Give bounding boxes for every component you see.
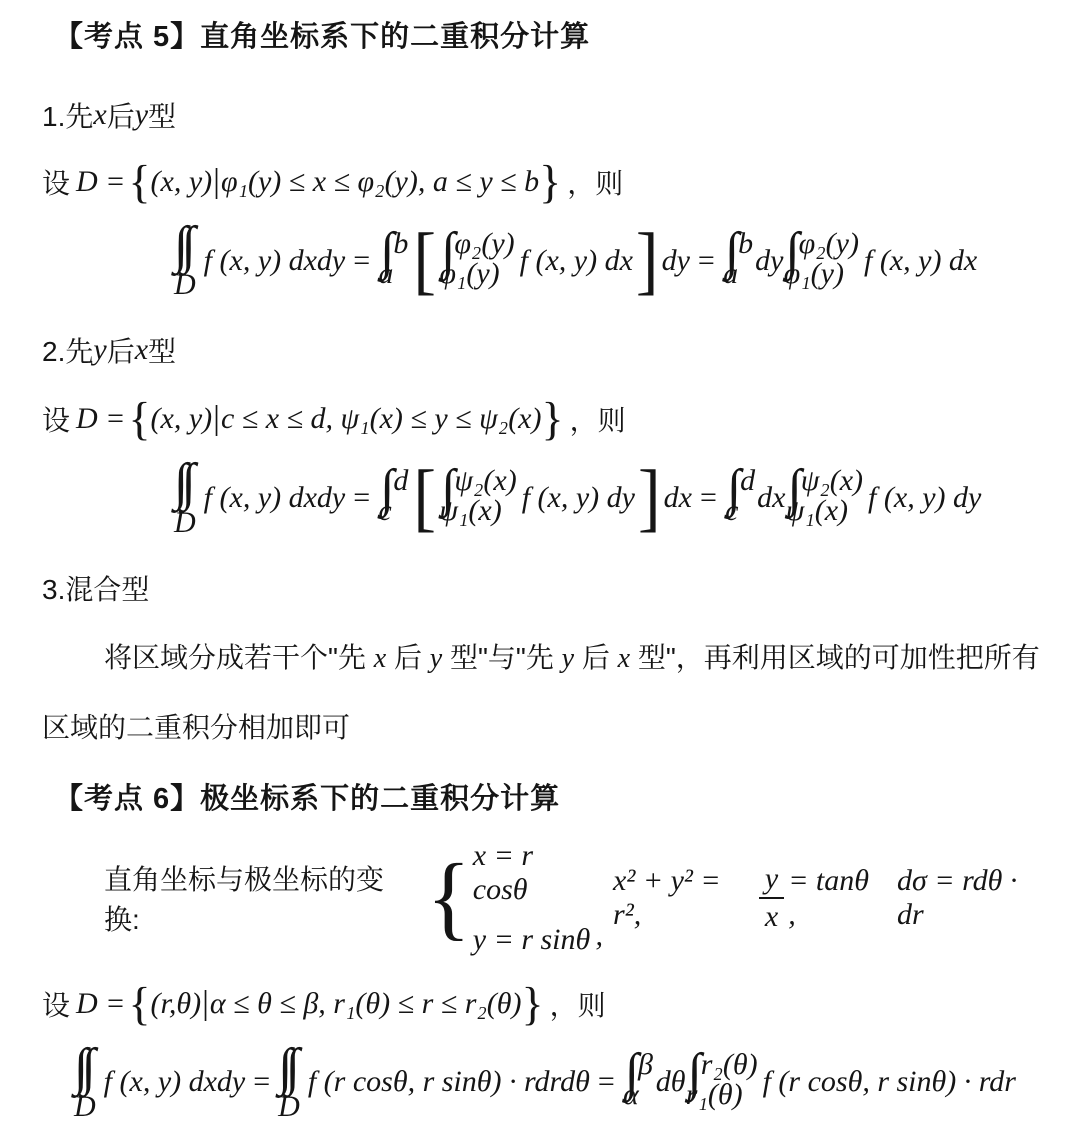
paragraph-var: x bbox=[618, 643, 630, 674]
integral-limits: ψ₂(x) ψ₁(x) bbox=[801, 464, 863, 532]
integrand: f (r cosθ, r sinθ) · rdrdθ bbox=[308, 1065, 590, 1099]
paragraph-text: 后 bbox=[574, 642, 618, 673]
double-integral-sign: ∫ ∫ D bbox=[74, 1043, 96, 1122]
double-integral-glyph: ∫ ∫ bbox=[82, 1043, 89, 1092]
left-bracket: [ bbox=[413, 466, 436, 531]
domain-subscript: D bbox=[174, 270, 196, 300]
cases-left-brace: { bbox=[427, 860, 471, 935]
integral-sign: ∫ ψ₂(x) ψ₁(x) bbox=[441, 464, 517, 532]
integrand: f (x, y) dxdy bbox=[104, 1065, 246, 1099]
differential: dy bbox=[662, 244, 690, 278]
case-equation-x: x = r cosθ bbox=[473, 839, 594, 907]
integrand: f (x, y) dxdy bbox=[204, 481, 346, 515]
type2-title-var-x: x bbox=[135, 333, 148, 367]
type2-title-text: 2.先 bbox=[42, 330, 93, 370]
lower-limit: ψ₁(x) bbox=[439, 496, 501, 526]
integral-limits: ψ₂(x) ψ₁(x) bbox=[454, 464, 516, 532]
upper-limit: d bbox=[393, 466, 408, 496]
region-definition-3: 设 D = { (r,θ) | α ≤ θ ≤ β, r₁(θ) ≤ r ≤ r… bbox=[42, 981, 1050, 1027]
paragraph-text: 型"，再利用区域的可加性把所有 bbox=[630, 642, 1040, 673]
type2-title-text: 型 bbox=[148, 330, 176, 370]
polar-double-integral-formula: ∫ ∫ D f (x, y) dxdy = ∫ ∫ D f (r cosθ, r… bbox=[74, 1043, 1050, 1122]
integrand: f (x, y) dy bbox=[522, 481, 635, 515]
paragraph-var: y bbox=[562, 643, 574, 674]
differential: dθ bbox=[656, 1065, 686, 1099]
exam-point-6-heading: 【考点 6】极坐标系下的二重积分计算 bbox=[54, 776, 1050, 817]
upper-limit: β bbox=[638, 1050, 654, 1080]
type1-title-text: 型 bbox=[148, 95, 176, 135]
lower-limit: c bbox=[725, 496, 740, 526]
cases-block: { x = r cosθ y = r sinθ bbox=[427, 839, 594, 957]
type3-title-text: 3.混合型 bbox=[42, 568, 149, 608]
upper-limit: b bbox=[393, 229, 408, 259]
paragraph-var: x bbox=[374, 643, 386, 674]
region1-condition: φ₁(y) ≤ x ≤ φ₂(y), a ≤ y ≤ b bbox=[221, 165, 539, 199]
upper-limit: b bbox=[738, 229, 753, 259]
type1-title-var-x: x bbox=[93, 98, 106, 132]
such-that-bar: | bbox=[213, 402, 220, 436]
upper-limit: φ₂(y) bbox=[454, 229, 514, 259]
equals-sign: = bbox=[698, 244, 715, 278]
integral-sign: ∫ φ₂(y) φ₁(y) bbox=[441, 227, 515, 295]
equals-sign: = bbox=[253, 1065, 270, 1099]
region-definition-1: 设 D = { (x, y) | φ₁(y) ≤ x ≤ φ₂(y), a ≤ … bbox=[42, 159, 1050, 205]
type3-title: 3.混合型 bbox=[42, 568, 1050, 608]
region2-lead: D = bbox=[76, 402, 125, 436]
lower-limit: r₁(θ) bbox=[686, 1080, 743, 1110]
integral-limits: φ₂(y) φ₁(y) bbox=[454, 227, 514, 295]
lower-limit: ψ₁(x) bbox=[786, 496, 848, 526]
such-that-bar: | bbox=[213, 165, 220, 199]
region2-condition: c ≤ x ≤ d, ψ₁(x) ≤ y ≤ ψ₂(x) bbox=[221, 402, 542, 436]
right-bracket: ] bbox=[638, 466, 661, 531]
integrand: f (x, y) dy bbox=[868, 481, 981, 515]
integrand: f (x, y) dx bbox=[864, 244, 977, 278]
double-integral-formula-2: ∫ ∫ D f (x, y) dxdy = ∫ d c [ ∫ ψ₂(x) ψ₁… bbox=[174, 458, 1050, 537]
right-brace: } bbox=[542, 396, 564, 443]
document-page: 【考点 5】直角坐标系下的二重积分计算 1.先 x 后 y 型 设 D = { … bbox=[0, 0, 1080, 1132]
region1-suffix: ，则 bbox=[567, 162, 623, 202]
region3-lead: D = bbox=[76, 987, 125, 1021]
right-brace: } bbox=[539, 159, 561, 206]
region1-pair: (x, y) bbox=[151, 165, 213, 199]
integral-sign: ∫ d c bbox=[727, 464, 755, 532]
region1-prefix: 设 bbox=[42, 162, 70, 202]
integrand: f (r cosθ, r sinθ) · rdr bbox=[763, 1065, 1016, 1099]
double-integral-glyph: ∫ ∫ bbox=[182, 458, 189, 507]
equals-sign: = bbox=[598, 1065, 615, 1099]
type1-title-text: 后 bbox=[107, 95, 135, 135]
paragraph-text: 区域的二重积分相加即可 bbox=[42, 712, 350, 743]
paragraph-text: 后 bbox=[386, 642, 430, 673]
integral-sign: ∫ b a bbox=[725, 227, 753, 295]
double-integral-glyph: ∫ ∫ bbox=[182, 221, 189, 270]
double-integral-formula-1: ∫ ∫ D f (x, y) dxdy = ∫ b a [ ∫ φ₂(y) φ₁… bbox=[174, 221, 1050, 300]
integral-sign: ∫ φ₂(y) φ₁(y) bbox=[785, 227, 859, 295]
differential: dy bbox=[755, 244, 783, 278]
domain-subscript: D bbox=[74, 1092, 96, 1122]
double-integral-sign: ∫ ∫ D bbox=[278, 1043, 300, 1122]
lower-limit: φ₁(y) bbox=[784, 259, 844, 289]
upper-limit: ψ₂(x) bbox=[454, 466, 516, 496]
integral-sign: ∫ bbox=[278, 1043, 292, 1092]
upper-limit: φ₂(y) bbox=[799, 229, 859, 259]
domain-subscript: D bbox=[174, 508, 196, 538]
lower-limit: φ₁(y) bbox=[439, 259, 499, 289]
paragraph-text: 将区域分成若干个"先 bbox=[104, 642, 374, 673]
integral-limits: β α bbox=[638, 1048, 654, 1116]
integral-sign: ∫ β α bbox=[625, 1048, 654, 1116]
type2-title: 2.先 y 后 x 型 bbox=[42, 330, 1050, 370]
paragraph-var: y bbox=[430, 643, 442, 674]
mixed-type-paragraph-line2: 区域的二重积分相加即可 bbox=[42, 706, 1050, 746]
fraction-denominator: x bbox=[759, 897, 784, 933]
area-element-equation: dσ = rdθ · dr bbox=[897, 864, 1050, 932]
left-brace: { bbox=[128, 159, 150, 206]
equals-sign: = bbox=[700, 481, 717, 515]
integral-limits: d c bbox=[393, 464, 408, 532]
right-bracket: ] bbox=[636, 228, 659, 293]
region-definition-2: 设 D = { (x, y) | c ≤ x ≤ d, ψ₁(x) ≤ y ≤ … bbox=[42, 396, 1050, 442]
type1-title-text: 1.先 bbox=[42, 95, 93, 135]
integrand: f (x, y) dxdy bbox=[204, 244, 346, 278]
lower-limit: a bbox=[723, 259, 738, 289]
type2-title-var-y: y bbox=[93, 333, 106, 367]
integral-limits: b a bbox=[738, 227, 753, 295]
integral-sign: ∫ bbox=[74, 1043, 88, 1092]
integral-limits: b a bbox=[393, 227, 408, 295]
integral-sign: ∫ bbox=[174, 221, 188, 270]
region3-suffix: ，则 bbox=[550, 984, 606, 1024]
integral-sign: ∫ ψ₂(x) ψ₁(x) bbox=[787, 464, 863, 532]
coordinate-transform-line: 直角坐标与极坐标的变换: { x = r cosθ y = r sinθ , x… bbox=[104, 839, 1050, 957]
left-brace: { bbox=[128, 980, 150, 1027]
integral-sign: ∫ r₂(θ) r₁(θ) bbox=[688, 1048, 758, 1116]
type1-title: 1.先 x 后 y 型 bbox=[42, 95, 1050, 135]
domain-subscript: D bbox=[278, 1092, 300, 1122]
integral-limits: φ₂(y) φ₁(y) bbox=[799, 227, 859, 295]
identity-equation: x² + y² = r², bbox=[613, 864, 755, 932]
differential: dx bbox=[664, 481, 692, 515]
double-integral-sign: ∫ ∫ D bbox=[174, 221, 196, 300]
double-integral-glyph: ∫ ∫ bbox=[286, 1043, 293, 1092]
transform-label: 直角坐标与极坐标的变换: bbox=[104, 858, 417, 938]
region3-pair: (r,θ) bbox=[151, 987, 202, 1021]
case-equation-y: y = r sinθ bbox=[473, 923, 594, 957]
left-bracket: [ bbox=[413, 228, 436, 293]
lower-limit: c bbox=[378, 496, 393, 526]
region3-condition: α ≤ θ ≤ β, r₁(θ) ≤ r ≤ r₂(θ) bbox=[210, 987, 522, 1021]
equals-sign: = bbox=[353, 244, 370, 278]
integral-limits: r₂(θ) r₁(θ) bbox=[701, 1048, 758, 1116]
integral-sign: ∫ bbox=[174, 458, 188, 507]
tangent-equation: = tanθ , bbox=[788, 864, 883, 932]
integral-sign: ∫ b a bbox=[380, 227, 408, 295]
region3-prefix: 设 bbox=[42, 984, 70, 1024]
upper-limit: ψ₂(x) bbox=[801, 466, 863, 496]
such-that-bar: | bbox=[202, 987, 209, 1021]
region2-pair: (x, y) bbox=[151, 402, 213, 436]
lower-limit: α bbox=[623, 1080, 639, 1110]
type1-title-var-y: y bbox=[135, 98, 148, 132]
integral-limits: d c bbox=[740, 464, 755, 532]
integral-sign: ∫ d c bbox=[380, 464, 408, 532]
right-brace: } bbox=[522, 980, 544, 1027]
cases-rows: x = r cosθ y = r sinθ bbox=[473, 839, 594, 957]
left-brace: { bbox=[128, 396, 150, 443]
fraction-numerator: y bbox=[759, 863, 784, 897]
exam-point-5-heading: 【考点 5】直角坐标系下的二重积分计算 bbox=[54, 14, 1050, 55]
mixed-type-paragraph-line1: 将区域分成若干个"先 x 后 y 型"与"先 y 后 x 型"，再利用区域的可加… bbox=[42, 636, 1050, 676]
differential: dx bbox=[757, 481, 785, 515]
region2-prefix: 设 bbox=[42, 399, 70, 439]
equals-sign: = bbox=[353, 481, 370, 515]
paragraph-text: 型"与"先 bbox=[442, 642, 561, 673]
region1-lead: D = bbox=[76, 165, 125, 199]
upper-limit: d bbox=[740, 466, 755, 496]
type2-title-text: 后 bbox=[107, 330, 135, 370]
lower-limit: a bbox=[378, 259, 393, 289]
region2-suffix: ，则 bbox=[570, 399, 626, 439]
integrand: f (x, y) dx bbox=[520, 244, 633, 278]
double-integral-sign: ∫ ∫ D bbox=[174, 458, 196, 537]
upper-limit: r₂(θ) bbox=[701, 1050, 758, 1080]
fraction-y-over-x: y x bbox=[759, 863, 784, 932]
comma: , bbox=[596, 919, 604, 953]
